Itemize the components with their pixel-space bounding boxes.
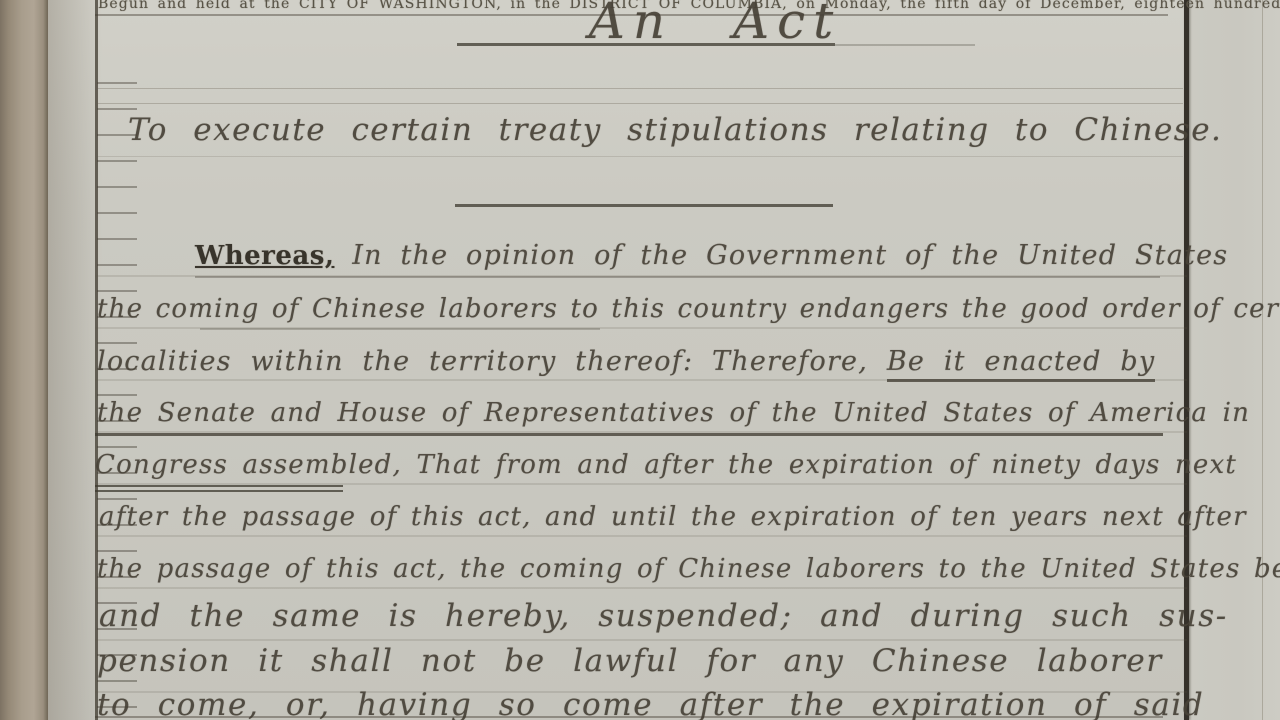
act-subtitle: To execute certain treaty stipulations r… bbox=[128, 112, 1222, 148]
ruled-line bbox=[97, 88, 1183, 89]
body-line-5: Congress assembled, That from and after … bbox=[95, 450, 1237, 480]
adjacent-page-edge-line bbox=[1262, 0, 1263, 720]
congress-assembled-label: Congress assembled, bbox=[95, 450, 402, 480]
body-line-2: the coming of Chinese laborers to this c… bbox=[97, 294, 1280, 324]
enacting-clause: Be it enacted by bbox=[887, 346, 1156, 382]
ruled-line bbox=[97, 103, 1183, 104]
body-line-1-text: In the opinion of the Government of the … bbox=[352, 240, 1228, 271]
body-line-3-text: localities within the territory thereof:… bbox=[97, 346, 868, 377]
section-divider-rule bbox=[455, 204, 833, 207]
body-line-7: the passage of this act, the coming of C… bbox=[97, 554, 1280, 584]
body-line-8: and the same is hereby, suspended; and d… bbox=[99, 598, 1228, 634]
body-line-4: the Senate and House of Representatives … bbox=[97, 398, 1250, 428]
underline-line-4 bbox=[95, 433, 1163, 436]
body-line-3: localities within the territory thereof:… bbox=[97, 346, 1155, 377]
body-line-6: after the passage of this act, and until… bbox=[99, 502, 1247, 532]
double-underline-top bbox=[95, 485, 343, 487]
book-binding-edge bbox=[0, 0, 48, 720]
body-line-1: Whereas, In the opinion of the Governmen… bbox=[195, 240, 1228, 271]
act-heading-underline bbox=[457, 43, 835, 46]
body-line-5-text: That from and after the expiration of ni… bbox=[416, 450, 1237, 480]
body-line-9: pension it shall not be lawful for any C… bbox=[97, 643, 1163, 679]
act-heading-underline-tail bbox=[835, 44, 975, 46]
underline-line-1 bbox=[195, 276, 1160, 278]
underline-line-10 bbox=[95, 716, 1163, 718]
underline-line-2 bbox=[200, 328, 600, 330]
ruled-line bbox=[97, 156, 1183, 157]
double-underline-bottom bbox=[95, 490, 343, 492]
whereas-label: Whereas, bbox=[195, 241, 334, 271]
manuscript-page: Begun and held at the CITY OF WASHINGTON… bbox=[0, 0, 1280, 720]
